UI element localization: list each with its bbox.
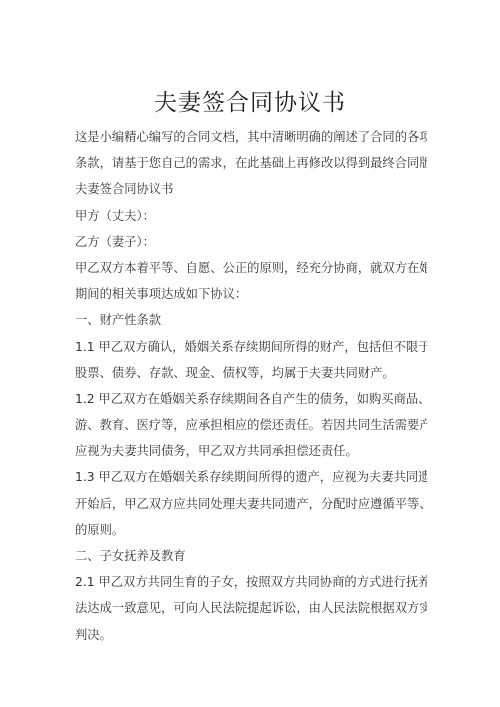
party-b: 乙方（妻子）： [75,229,427,255]
intro-line-1: 这是小编精心编写的合同文档，其中清晰明确的阐述了合同的各项重要内容与 [75,124,427,150]
clause-1-1-line-1: 1.1 甲乙双方确认，婚姻关系存续期间所得的财产，包括但不限于房产、车辆、 [75,334,427,360]
preamble-line-1: 甲乙双方本着平等、自愿、公正的原则，经充分协商，就双方在婚姻关系存续 [75,255,427,281]
clause-2-1-line-2: 法达成一致意见，可向人民法院提起诉讼，由人民法院根据双方实际情况作出 [75,595,427,621]
clause-1-2-line-3: 应视为夫妻共同债务，甲乙双方共同承担偿还责任。 [75,438,427,464]
intro-line-2: 条款，请基于您自己的需求，在此基础上再修改以得到最终合同版本，谢谢！ [75,150,427,176]
section-1-heading: 一、财产性条款 [75,307,427,333]
preamble-line-2: 期间的相关事项达成如下协议： [75,281,427,307]
clause-1-2-line-2: 游、教育、医疗等，应承担相应的偿还责任。若因共同生活需要产生的债务， [75,412,427,438]
clause-1-3-line-1: 1.3 甲乙双方在婚姻关系存续期间所得的遗产，应视为夫妻共同遗产。在继承 [75,464,427,490]
clause-1-1-line-2: 股票、债券、存款、现金、债权等，均属于夫妻共同财产。 [75,360,427,386]
subtitle: 夫妻签合同协议书 [75,176,427,202]
clause-2-1-line-3: 判决。 [75,622,427,648]
clause-2-1-line-1: 2.1 甲乙双方共同生育的子女，按照双方共同协商的方式进行抚养。若双方无 [75,569,427,595]
clause-1-2-line-1: 1.2 甲乙双方在婚姻关系存续期间各自产生的债务，如购买商品、服务、旅 [75,386,427,412]
party-a: 甲方（丈夫）： [75,203,427,229]
clause-1-3-line-3: 的原则。 [75,517,427,543]
document-title: 夫妻签合同协议书 [0,84,500,117]
document-body: 这是小编精心编写的合同文档，其中清晰明确的阐述了合同的各项重要内容与 条款，请基… [75,124,427,648]
clause-1-3-line-2: 开始后，甲乙双方应共同处理夫妻共同遗产，分配时应遵循平等、自愿、公正 [75,491,427,517]
section-2-heading: 二、子女抚养及教育 [75,543,427,569]
